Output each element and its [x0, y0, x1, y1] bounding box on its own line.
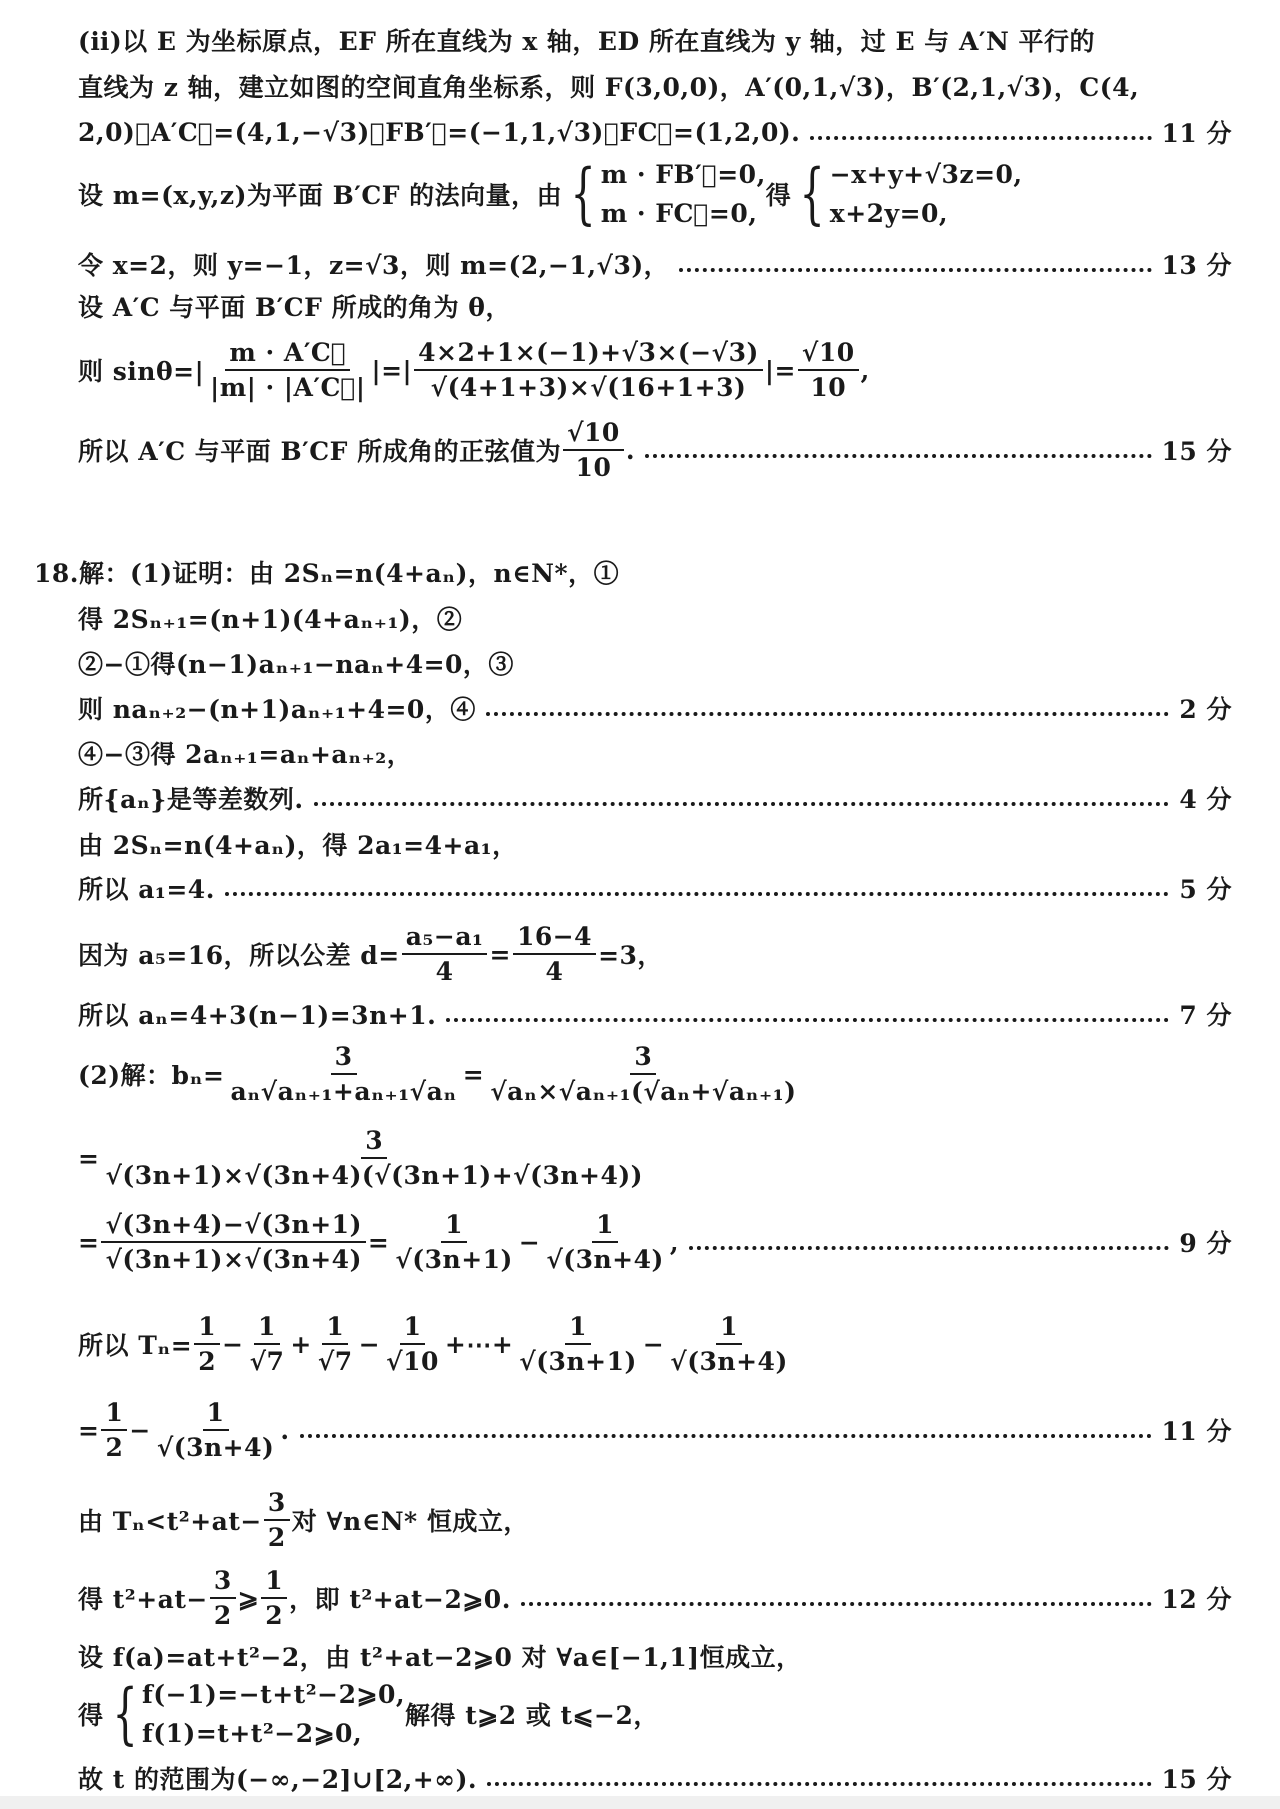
- equals: =: [78, 1416, 99, 1445]
- abs-bars: |=|: [372, 356, 413, 385]
- let-x-text: 令 x=2，则 y=−1，z=√3，则 m=(2,−1,√3)，: [78, 246, 669, 282]
- final-answer: 故 t 的范围为(−∞,−2]∪[2,+∞).: [78, 1760, 477, 1796]
- score-label: 15 分: [1162, 1760, 1233, 1796]
- dot-leader: [314, 802, 1170, 806]
- bn-step3-line: = √(3n+4)−√(3n+1) √(3n+1)×√(3n+4) = 1 √(…: [78, 1210, 1232, 1274]
- dot-leader: [810, 136, 1151, 140]
- text-line: 则 naₙ₊₂−(n+1)aₙ₊₁+4=0，④ 2 分: [78, 690, 1232, 726]
- fraction: 1√(3n+1): [515, 1312, 641, 1376]
- intro-line-1: (ⅱ)以 E 为坐标原点，EF 所在直线为 x 轴，ED 所在直线为 y 轴，过…: [78, 22, 1095, 58]
- inequality-prefix: 由 Tₙ<t²+at−: [78, 1502, 262, 1538]
- fraction: 12: [101, 1398, 127, 1462]
- text-line: 18.解：(1)证明：由 2Sₙ=n(4+aₙ)，n∈N*，①: [34, 554, 1232, 590]
- score-label: 9 分: [1179, 1224, 1232, 1260]
- fraction: 12: [261, 1566, 287, 1630]
- intro-line-3: 2,0)，A′C⃗=(4,1,−√3)，FB′⃗=(−1,1,√3)，FC⃗=(…: [78, 118, 800, 147]
- denominator: √(3n+1)×√(3n+4): [101, 1243, 365, 1274]
- score-label: 5 分: [1179, 870, 1232, 906]
- score-label: 7 分: [1179, 996, 1232, 1032]
- bn-prefix: (2)解：bₙ=: [78, 1056, 224, 1092]
- normal-vector-mid: 得: [766, 176, 792, 212]
- score-label: 13 分: [1162, 246, 1233, 282]
- equation-system: { m · FB′⃗=0, m · FC⃗=0,: [562, 160, 766, 228]
- denominator: 10: [572, 451, 616, 482]
- q18-line-2: 得 2Sₙ₊₁=(n+1)(4+aₙ₊₁)，②: [78, 600, 462, 636]
- denominator: |m| · |A′C⃗|: [206, 371, 369, 402]
- denominator: 2: [261, 1599, 287, 1630]
- dot-leader: [645, 454, 1151, 458]
- score-label: 2 分: [1179, 690, 1232, 726]
- q18-line-3: ②−①得(n−1)aₙ₊₁−naₙ+4=0，③: [78, 645, 514, 681]
- equation-system: { −x+y+√3z=0, x+2y=0,: [791, 160, 1022, 228]
- denominator: 2: [210, 1599, 236, 1630]
- numerator: 1: [592, 1210, 618, 1243]
- left-brace-icon: {: [571, 161, 597, 227]
- text-line: 所以 aₙ=4+3(n−1)=3n+1. 7 分: [78, 996, 1232, 1032]
- operator: −: [359, 1330, 380, 1359]
- minus: −: [129, 1416, 150, 1445]
- tn-result-line: = 12 − 1√(3n+4) . 11 分: [78, 1398, 1232, 1462]
- denominator: √(3n+4): [153, 1431, 279, 1462]
- fraction: 1 √(3n+1): [391, 1210, 517, 1274]
- numerator: 3: [331, 1042, 357, 1075]
- denominator: √aₙ×√aₙ₊₁(√aₙ+√aₙ₊₁): [486, 1075, 800, 1106]
- numerator: 1: [400, 1312, 426, 1345]
- denominator: √(3n+1): [515, 1345, 641, 1376]
- denominator: √7: [246, 1345, 289, 1376]
- fa-definition: 设 f(a)=at+t²−2，由 t²+at−2⩾0 对 ∀a∈[−1,1]恒成…: [78, 1638, 802, 1674]
- inequality-prefix: 得 t²+at−: [78, 1580, 208, 1616]
- text-line: 所以 a₁=4. 5 分: [78, 870, 1232, 906]
- common-difference-line: 因为 a₅=16，所以公差 d= a₅−a₁ 4 = 16−4 4 =3，: [78, 922, 1232, 986]
- fraction: √(3n+4)−√(3n+1) √(3n+1)×√(3n+4): [101, 1210, 365, 1274]
- equation-system: { f(−1)=−t+t²−2⩾0, f(1)=t+t²−2⩾0,: [104, 1680, 406, 1748]
- text-line: 故 t 的范围为(−∞,−2]∪[2,+∞). 15 分: [78, 1760, 1232, 1796]
- tn-sum-line: 所以 Tₙ= 12 − 1√7 + 1√7 − 1√10 +⋯+ 1√(3n+1…: [78, 1312, 1232, 1376]
- operator: +⋯+: [445, 1330, 513, 1359]
- numerator: 4×2+1×(−1)+√3×(−√3): [414, 338, 763, 371]
- left-brace-icon: {: [800, 161, 826, 227]
- numerator: 1: [203, 1398, 229, 1431]
- sin-theta-line: 则 sinθ=| m · A′C⃗ |m| · |A′C⃗| |=| 4×2+1…: [78, 338, 1232, 402]
- operator: −: [222, 1330, 243, 1359]
- numerator: m · A′C⃗: [225, 338, 350, 371]
- conclusion-text: 所以 A′C 与平面 B′CF 所成角的正弦值为: [78, 432, 561, 468]
- denominator: 4: [432, 955, 458, 986]
- numerator: 3: [264, 1488, 290, 1521]
- text-line: (ⅱ)以 E 为坐标原点，EF 所在直线为 x 轴，ED 所在直线为 y 轴，过…: [78, 22, 1232, 58]
- normal-vector-line: 设 m=(x,y,z)为平面 B′CF 的法向量，由 { m · FB′⃗=0,…: [78, 160, 1232, 228]
- text-line: 所{aₙ}是等差数列. 4 分: [78, 780, 1232, 816]
- system-line: 得 { f(−1)=−t+t²−2⩾0, f(1)=t+t²−2⩾0, 解得 t…: [78, 1680, 1232, 1748]
- angle-definition: 设 A′C 与平面 B′CF 所成的角为 θ，: [78, 288, 511, 324]
- left-brace-icon: {: [112, 1681, 138, 1747]
- fraction: √10 10: [563, 418, 624, 482]
- inequality-suffix: 对 ∀n∈N* 恒成立，: [292, 1502, 529, 1538]
- fraction: 3 √aₙ×√aₙ₊₁(√aₙ+√aₙ₊₁): [486, 1042, 800, 1106]
- comma: ,: [861, 356, 870, 385]
- fraction: 16−4 4: [513, 922, 596, 986]
- text-line: 令 x=2，则 y=−1，z=√3，则 m=(2,−1,√3)， 13 分: [78, 246, 1232, 282]
- numerator: 3: [361, 1126, 387, 1159]
- denominator: √7: [314, 1345, 357, 1376]
- denominator: 2: [101, 1431, 127, 1462]
- fraction: 1√10: [382, 1312, 443, 1376]
- text-line: ④−③得 2aₙ₊₁=aₙ+aₙ₊₂，: [78, 735, 1232, 771]
- system-row: m · FC⃗=0,: [601, 199, 766, 228]
- equals: =: [489, 940, 510, 969]
- fraction: 32: [264, 1488, 290, 1552]
- text-line: 2,0)，A′C⃗=(4,1,−√3)，FB′⃗=(−1,1,√3)，FC⃗=(…: [78, 114, 1232, 150]
- dot-leader: [689, 1246, 1169, 1250]
- fraction: 1 √(3n+4): [542, 1210, 668, 1274]
- score-label: 11 分: [1162, 1412, 1233, 1448]
- dot-leader: [521, 1602, 1152, 1606]
- score-label: 4 分: [1179, 780, 1232, 816]
- numerator: 1: [322, 1312, 348, 1345]
- equals: |=: [765, 356, 796, 385]
- q18-line-6: 所{aₙ}是等差数列.: [78, 780, 304, 816]
- numerator: 1: [194, 1312, 220, 1345]
- numerator: 1: [441, 1210, 467, 1243]
- fraction: √10 10: [798, 338, 859, 402]
- denominator: √(3n+1)×√(3n+4)(√(3n+1)+√(3n+4)): [101, 1159, 647, 1190]
- numerator: a₅−a₁: [402, 922, 488, 955]
- system-row: f(−1)=−t+t²−2⩾0,: [142, 1680, 405, 1709]
- fraction: 3 aₙ√aₙ₊₁+aₙ₊₁√aₙ: [226, 1042, 460, 1106]
- fraction: 4×2+1×(−1)+√3×(−√3) √(4+1+3)×√(16+1+3): [414, 338, 763, 402]
- fraction: 1√7: [246, 1312, 289, 1376]
- text-line: ②−①得(n−1)aₙ₊₁−naₙ+4=0，③: [78, 645, 1232, 681]
- dot-leader: [679, 268, 1151, 272]
- period: .: [280, 1416, 289, 1445]
- denominator: √(3n+4): [542, 1243, 668, 1274]
- system-row: −x+y+√3z=0,: [830, 160, 1023, 189]
- text-line: 直线为 z 轴，建立如图的空间直角坐标系，则 F(3,0,0)，A′(0,1,√…: [78, 68, 1232, 104]
- fraction: 1√(3n+4): [666, 1312, 792, 1376]
- intro-line-2: 直线为 z 轴，建立如图的空间直角坐标系，则 F(3,0,0)，A′(0,1,√…: [78, 68, 1139, 104]
- dot-leader: [487, 1782, 1151, 1786]
- system-row: m · FB′⃗=0,: [601, 160, 766, 189]
- dot-leader: [486, 712, 1170, 716]
- inequality-line-1: 由 Tₙ<t²+at− 32 对 ∀n∈N* 恒成立，: [78, 1488, 1232, 1552]
- fraction: m · A′C⃗ |m| · |A′C⃗|: [206, 338, 369, 402]
- dot-leader: [225, 892, 1169, 896]
- bn-step2-line: = 3 √(3n+1)×√(3n+4)(√(3n+1)+√(3n+4)): [78, 1126, 1232, 1190]
- denominator: 10: [806, 371, 850, 402]
- score-label: 12 分: [1162, 1580, 1233, 1616]
- numerator: 3: [630, 1042, 656, 1075]
- q18-line-8: 所以 a₁=4.: [78, 870, 215, 906]
- comma: ,: [670, 1228, 679, 1257]
- numerator: √10: [798, 338, 859, 371]
- tn-prefix: 所以 Tₙ=: [78, 1326, 192, 1362]
- text-line: 设 f(a)=at+t²−2，由 t²+at−2⩾0 对 ∀a∈[−1,1]恒成…: [78, 1638, 1232, 1674]
- q18-line-7: 由 2Sₙ=n(4+aₙ)，得 2a₁=4+a₁，: [78, 826, 518, 862]
- operator: −: [643, 1330, 664, 1359]
- q18-line-5: ④−③得 2aₙ₊₁=aₙ+aₙ₊₂，: [78, 735, 412, 771]
- operator: +: [290, 1330, 311, 1359]
- difference-result: =3，: [598, 936, 663, 972]
- period: .: [626, 436, 635, 465]
- q18-line-4: 则 naₙ₊₂−(n+1)aₙ₊₁+4=0，④: [78, 690, 476, 726]
- score-label: 15 分: [1162, 432, 1233, 468]
- system-prefix: 得: [78, 1696, 104, 1732]
- numerator: √(3n+4)−√(3n+1): [101, 1210, 365, 1243]
- dot-leader: [300, 1434, 1152, 1438]
- sin-theta-prefix: 则 sinθ=|: [78, 352, 204, 388]
- difference-prefix: 因为 a₅=16，所以公差 d=: [78, 936, 400, 972]
- q18-line-10: 所以 aₙ=4+3(n−1)=3n+1.: [78, 996, 436, 1032]
- numerator: 1: [101, 1398, 127, 1431]
- denominator: 4: [542, 955, 568, 986]
- system-solution: 解得 t⩾2 或 t⩽−2，: [405, 1696, 659, 1732]
- fraction: 1√7: [314, 1312, 357, 1376]
- inequality-suffix: ，即 t²+at−2⩾0.: [289, 1580, 511, 1616]
- text-line: 由 2Sₙ=n(4+aₙ)，得 2a₁=4+a₁，: [78, 826, 1232, 862]
- numerator: 1: [261, 1566, 287, 1599]
- denominator: aₙ√aₙ₊₁+aₙ₊₁√aₙ: [226, 1075, 460, 1106]
- denominator: 2: [194, 1345, 220, 1376]
- normal-vector-prefix: 设 m=(x,y,z)为平面 B′CF 的法向量，由: [78, 176, 562, 212]
- fraction: a₅−a₁ 4: [402, 922, 488, 986]
- numerator: 1: [254, 1312, 280, 1345]
- equals: =: [463, 1060, 484, 1089]
- minus: −: [519, 1228, 540, 1257]
- dot-leader: [446, 1018, 1169, 1022]
- system-row: x+2y=0,: [830, 199, 1023, 228]
- q18-line-1: 18.解：(1)证明：由 2Sₙ=n(4+aₙ)，n∈N*，①: [34, 554, 619, 590]
- fraction: 1√(3n+4): [153, 1398, 279, 1462]
- fraction: 12: [194, 1312, 220, 1376]
- numerator: 3: [210, 1566, 236, 1599]
- numerator: 1: [565, 1312, 591, 1345]
- bn-line: (2)解：bₙ= 3 aₙ√aₙ₊₁+aₙ₊₁√aₙ = 3 √aₙ×√aₙ₊₁…: [78, 1042, 1232, 1106]
- numerator: 1: [716, 1312, 742, 1345]
- denominator: √(3n+1): [391, 1243, 517, 1274]
- score-label: 11 分: [1162, 114, 1233, 150]
- system-row: f(1)=t+t²−2⩾0,: [142, 1719, 405, 1748]
- greater-equal: ⩾: [238, 1584, 259, 1613]
- inequality-line-2: 得 t²+at− 32 ⩾ 12 ，即 t²+at−2⩾0. 12 分: [78, 1566, 1232, 1630]
- page-bottom-edge: [0, 1796, 1280, 1809]
- equals: =: [78, 1144, 99, 1173]
- answer-sheet-page: (ⅱ)以 E 为坐标原点，EF 所在直线为 x 轴，ED 所在直线为 y 轴，过…: [0, 0, 1280, 1809]
- equals: =: [368, 1228, 389, 1257]
- fraction: 32: [210, 1566, 236, 1630]
- numerator: √10: [563, 418, 624, 451]
- denominator: 2: [264, 1521, 290, 1552]
- denominator: √(3n+4): [666, 1345, 792, 1376]
- equals: =: [78, 1228, 99, 1257]
- numerator: 16−4: [513, 922, 596, 955]
- denominator: √(4+1+3)×√(16+1+3): [427, 371, 751, 402]
- text-line: 得 2Sₙ₊₁=(n+1)(4+aₙ₊₁)，②: [78, 600, 1232, 636]
- fraction: 3 √(3n+1)×√(3n+4)(√(3n+1)+√(3n+4)): [101, 1126, 647, 1190]
- denominator: √10: [382, 1345, 443, 1376]
- text-line: 设 A′C 与平面 B′CF 所成的角为 θ，: [78, 288, 1232, 324]
- conclusion-17-line: 所以 A′C 与平面 B′CF 所成角的正弦值为 √10 10 . 15 分: [78, 418, 1232, 482]
